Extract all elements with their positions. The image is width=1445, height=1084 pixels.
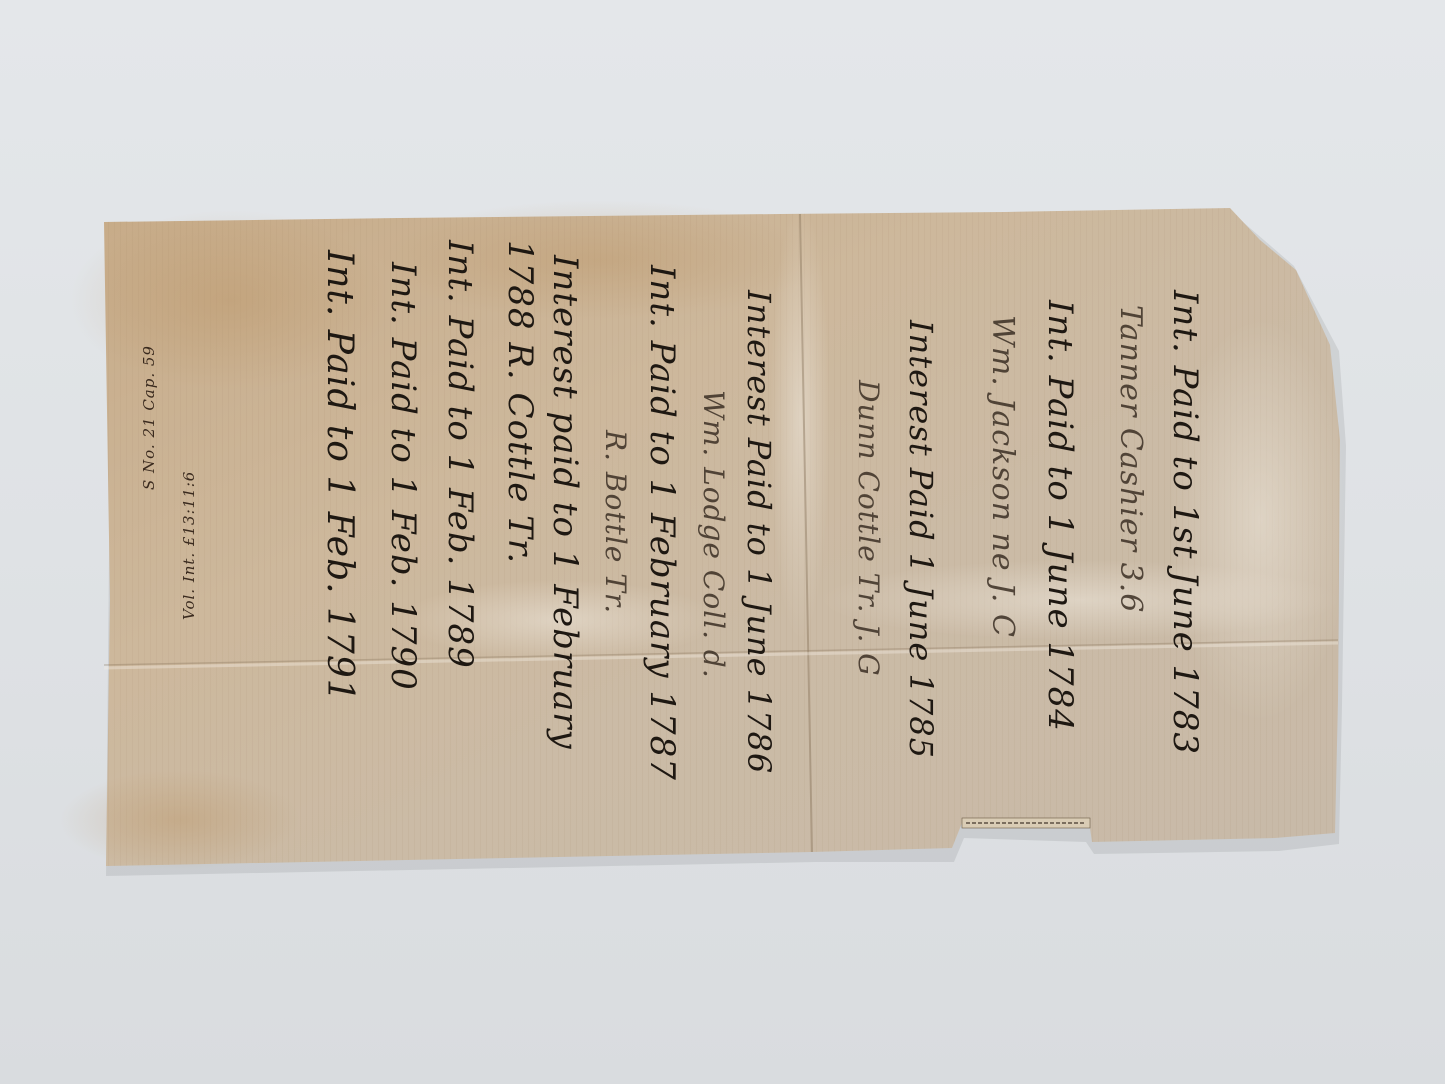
entry-1785: Interest Paid 1 June 1785 [902,320,940,759]
entry-1788b: 1788 R. Cottle Tr. [500,240,540,564]
entry-cashier: Tanner Cashier 3.6 [1113,305,1148,613]
entry-1788a: Interest paid to 1 February [545,255,585,750]
entry-1789: Int. Paid to 1 Feb. 1789 [440,240,480,669]
entry-signature-1785: Dunn Cottle Tr. J. G [852,380,885,677]
margin-note-amount: Vol. Int. £13:11:6 [180,471,198,620]
entry-1783: Int. Paid to 1st June 1783 [1165,290,1205,755]
entry-1784: Int. Paid to 1 June 1784 [1040,300,1080,732]
entry-1786: Interest Paid to 1 June 1786 [740,290,778,774]
document-photo: Int. Paid to 1st June 1783 Tanner Cashie… [0,0,1445,1084]
entry-1787: Int. Paid to 1 February 1787 [642,265,682,781]
entry-signature-1787: R. Bottle Tr. [599,430,632,614]
entry-signature-1784: Wm. Jackson ne J. C [985,315,1020,638]
entry-1791: Int. Paid to 1 Feb. 1791 [319,250,360,703]
entry-signature-1786: Wm. Lodge Coll. d. [697,390,730,679]
entry-1790: Int. Paid to 1 Feb. 1790 [383,262,423,691]
margin-note-number: S No. 21 Cap. 59 [140,345,158,490]
